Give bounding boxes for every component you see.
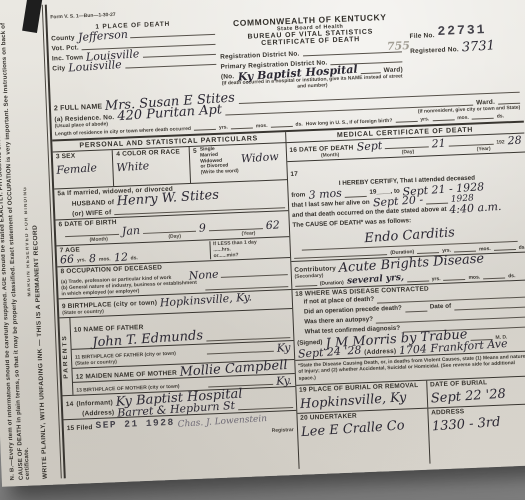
certify-from-label: from — [291, 190, 305, 200]
sign-address-label: (Address) — [364, 348, 396, 356]
registered-no-label: Registered No. — [410, 46, 459, 55]
dod-year-value: 28 — [507, 135, 522, 145]
last-saw-value: Sept 20 - — [372, 195, 423, 208]
yrs-cap-2: yrs. — [420, 116, 429, 122]
undertaker-label: 20 UNDERTAKER — [300, 410, 424, 422]
burial-date-label: DATE OF BURIAL — [430, 377, 525, 388]
filed-box: 15 Filed SEP 21 1928 Chas. J. Lowenstein… — [63, 410, 298, 478]
file-no-label: File No. — [409, 32, 434, 40]
place-of-death-block: 1 PLACE OF DEATH County Jefferson Vot. P… — [51, 19, 222, 100]
certificate-form: Form V. S. 1—Bun—1-30-27 1 PLACE OF DEAT… — [45, 0, 525, 478]
age-months-value: 8 — [89, 254, 97, 264]
sex-value: Female — [56, 163, 97, 175]
file-no-value: 22731 — [437, 22, 487, 39]
dod-day-cap: (Day) — [402, 149, 415, 155]
burial-date-value: Sept 22 '28 — [430, 389, 506, 405]
filed-date-stamp: SEP 21 1928 — [95, 417, 175, 431]
death-time-value: 4:40 a.m. — [449, 202, 502, 215]
certify-number: 17 — [290, 171, 298, 178]
mother-birthplace-value: Ky. — [276, 376, 292, 386]
mos-cap: mos. — [256, 123, 268, 129]
undertaker-cell: 20 UNDERTAKER Lee E Cralle Co — [297, 409, 430, 469]
city-label: City — [52, 65, 65, 73]
duration2-mos: mos. — [468, 274, 480, 280]
ds-cap: ds. — [295, 122, 302, 128]
age-years-value: 66 — [60, 254, 75, 264]
parents-label: PARENTS — [62, 334, 71, 379]
dod-month-cap: (Month) — [321, 152, 340, 159]
marital-value: Widow — [241, 152, 280, 175]
disease-contracted-box: 18 WHERE WAS DISEASE CONTRACTED if not a… — [292, 279, 525, 360]
dod-day-value: 21 — [432, 138, 447, 148]
race-label: 4 COLOR OR RACE — [116, 148, 186, 158]
registered-no-value: 3731 — [461, 40, 495, 53]
death-certificate-paper: N. B.—Every item of information should b… — [0, 0, 525, 487]
filed-label: 15 Filed — [67, 424, 93, 432]
undertaker-address-label: ADDRESS — [431, 405, 525, 416]
pencil-annotation: 755 — [387, 39, 410, 53]
mos-cap-2: mos. — [457, 115, 469, 121]
parents-section: PARENTS 10 NAME OF FATHER John T. Edmund… — [59, 308, 295, 395]
dob-day-cap: (Day) — [168, 234, 181, 240]
ds-cap-2: ds. — [497, 113, 504, 119]
marital-cell: 5 Single Married Widowed or Divorced (Wr… — [190, 143, 287, 183]
dob-month-value: Jan — [121, 226, 140, 237]
informant-number: 14 — [66, 401, 74, 408]
vot-pct-label: Vot. Pct. — [51, 44, 79, 52]
dod-month-value: Sept — [356, 141, 382, 152]
city-rule — [125, 63, 217, 69]
duration-ds: ds. — [519, 245, 525, 251]
dod-year-prefix: 192 — [496, 139, 505, 145]
undertaker-address-cell: ADDRESS 1330 - 3rd — [428, 404, 525, 463]
duration-label-2: (Duration) — [320, 280, 344, 287]
yrs-cap: yrs. — [219, 125, 228, 131]
state-title-block: COMMONWEALTH OF KENTUCKY State Board of … — [219, 11, 404, 92]
marital-number: 5 — [193, 148, 198, 177]
city-value: Louisville — [68, 60, 122, 73]
marital-options: Single Married Widowed or Divorced (Writ… — [200, 146, 239, 176]
county-label: County — [51, 35, 75, 43]
informant-label: (Informant) — [76, 400, 113, 408]
main-columns: PERSONAL AND STATISTICAL PARTICULARS 3 S… — [52, 121, 525, 479]
age-ds-cap: ds. — [130, 255, 137, 261]
race-cell: 4 COLOR OR RACE White — [113, 147, 191, 186]
file-number-block: File No. 22731 Registered No. 3731 — [401, 7, 521, 86]
dob-year-cap: (Year) — [241, 231, 255, 238]
undertaker-address-value: 1330 - 3rd — [431, 417, 500, 433]
dob-day-value: 9 — [199, 223, 207, 233]
county-value: Jefferson — [77, 29, 127, 42]
duration2-yrs: yrs. — [432, 276, 441, 282]
cause-of-death-value: Endo Carditis — [364, 227, 455, 244]
duration-label: (Duration) — [390, 249, 414, 256]
father-birthplace-value: Ky — [276, 343, 290, 353]
certify-from-value: 3 mos — [308, 189, 342, 201]
undertaker-value: Lee E Cralle Co — [300, 420, 404, 438]
certification-box: 17 I HEREBY CERTIFY, That I attended dec… — [287, 152, 525, 261]
registrar-signature: Chas. J. Lowenstein — [178, 416, 268, 430]
undertaker-row: 20 UNDERTAKER Lee E Cralle Co ADDRESS 13… — [297, 403, 525, 469]
dob-month-cap: (Month) — [89, 236, 108, 243]
marital-write-word-note: (Write the word) — [201, 169, 239, 176]
sex-label: 3 SEX — [56, 151, 110, 160]
dod-year-cap: (Year) — [477, 146, 491, 153]
dob-year-value: 62 — [265, 220, 280, 230]
form-number: Form V. S. 1—Bun—1-30-27 — [50, 12, 116, 21]
file-no-line: File No. 22731 — [409, 21, 518, 40]
sex-cell: 3 SEX Female — [53, 150, 115, 188]
age-days-value: 12 — [113, 252, 128, 262]
burial-date-cell: DATE OF BURIAL Sept 22 '28 — [427, 376, 525, 407]
informant-address-label: (Address) — [82, 410, 114, 418]
personal-column: PERSONAL AND STATISTICAL PARTICULARS 3 S… — [52, 132, 299, 478]
age-mos-cap: mos. — [99, 256, 111, 262]
medical-column: MEDICAL CERTIFICATE OF DEATH 16 DATE OF … — [286, 123, 525, 469]
sign-date-value: Sept 24 '28 — [297, 346, 361, 360]
date-of-label: Date of — [430, 302, 452, 312]
burial-place-value: Hopkinsville, Ky — [299, 392, 406, 410]
registered-no-line: Registered No. 3731 — [410, 40, 519, 55]
scanner-background: N. B.—Every item of information should b… — [0, 0, 525, 500]
duration2-ds: ds. — [508, 273, 515, 279]
race-value: White — [117, 161, 150, 172]
age-yrs-cap: yrs. — [77, 257, 86, 263]
occupation-a-value: None — [188, 269, 218, 280]
